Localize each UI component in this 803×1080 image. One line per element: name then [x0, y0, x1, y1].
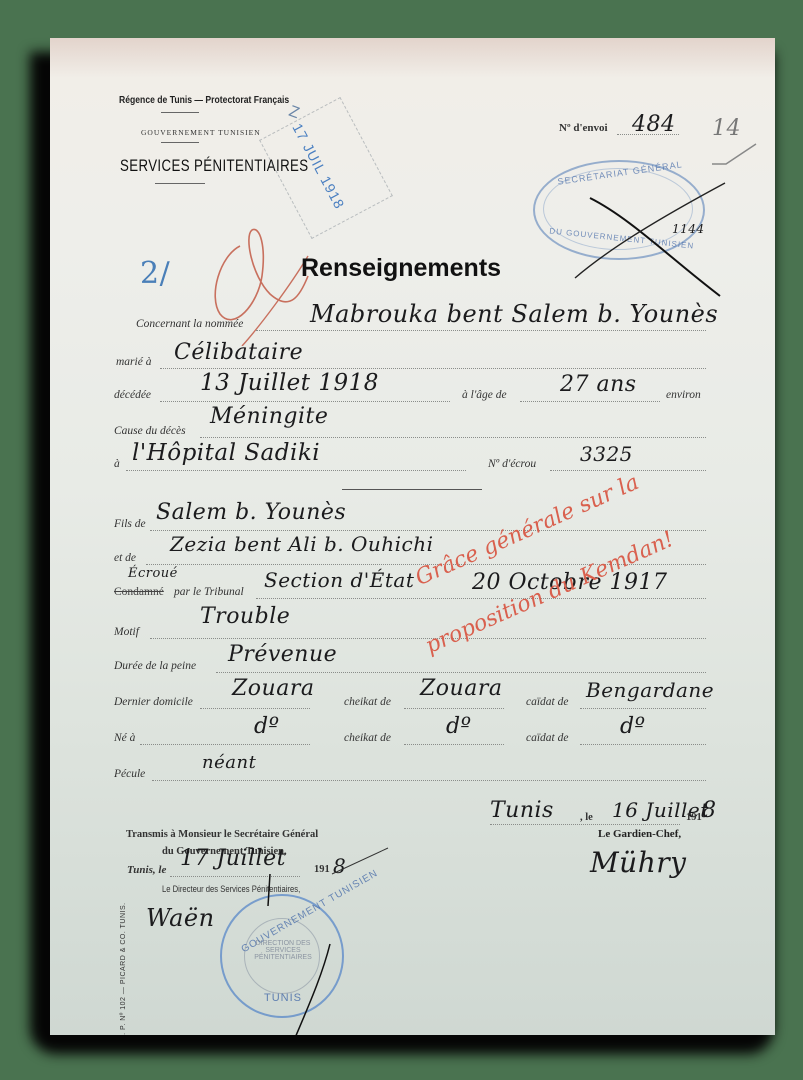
ne-value: dº [254, 714, 279, 739]
field-line [404, 744, 504, 745]
gardien-signature: Mühry [590, 846, 686, 879]
tunis-le-label: Tunis, le [127, 864, 166, 876]
domicile-label: Dernier domicile [114, 696, 193, 708]
field-line [216, 672, 706, 673]
fils-label: Fils de [114, 518, 146, 530]
domicile-value: Zouara [232, 676, 314, 701]
marie-value: Célibataire [174, 340, 303, 365]
field-line [256, 598, 706, 599]
domicile-cheikat-value: Zouara [420, 676, 502, 701]
decede-value: 13 Juillet 1918 [200, 370, 379, 396]
age-value: 27 ans [560, 372, 637, 397]
gardien-year-suffix: 8 [702, 798, 717, 823]
ne-cheikat-label: cheikat de [344, 732, 391, 744]
marie-label: marié à [116, 356, 151, 368]
ornament-rule [161, 142, 199, 143]
ecroue-correction: Écroué [128, 566, 178, 581]
cross-out-mark-icon [570, 178, 730, 298]
motif-value: Trouble [200, 604, 290, 629]
transmis-line1: Transmis à Monsieur le Secrétaire Généra… [126, 829, 318, 840]
date-stamp-text: 17 JUIL 1918 [289, 121, 348, 212]
field-line [520, 401, 660, 402]
tribunal-value: Section d'État [264, 568, 414, 592]
field-line [140, 744, 310, 745]
domicile-caidat-label: caïdat de [526, 696, 568, 708]
field-line [126, 470, 466, 471]
year-flourish-icon [330, 844, 390, 884]
cause-label: Cause du décès [114, 425, 186, 437]
motif-label: Motif [114, 626, 139, 638]
gardien-place: Tunis [490, 798, 554, 823]
condamne-struck-label: Condamné [114, 586, 164, 598]
field-line [160, 368, 706, 369]
et-de-label: et de [114, 552, 136, 564]
field-line [256, 330, 706, 331]
gardien-year-prefix: 191 [686, 812, 702, 823]
ecrou-value: 3325 [580, 442, 633, 466]
ne-caidat-label: caïdat de [526, 732, 568, 744]
director-signature: Waën [146, 904, 215, 932]
gardien-title: Le Gardien-Chef, [598, 828, 681, 840]
ornament-rule [155, 183, 205, 184]
document-title: Renseignements [301, 254, 501, 283]
field-line [490, 824, 680, 825]
fils-value: Salem b. Younès [156, 500, 346, 525]
field-line [150, 530, 706, 531]
tribunal-label: par le Tribunal [174, 586, 244, 598]
section-divider [342, 489, 482, 490]
government-header: GOUVERNEMENT TUNISIEN [141, 128, 261, 137]
ecrou-label: Nº d'écrou [488, 458, 536, 470]
field-line [152, 780, 706, 781]
margin-tick-icon [710, 138, 760, 168]
envoi-number: 484 [632, 112, 676, 137]
domicile-caidat-value: Bengardane [586, 678, 714, 702]
decede-label: décédée [114, 389, 151, 401]
concernant-value: Mabrouka bent Salem b. Younès [310, 300, 718, 328]
ne-caidat-value: dº [620, 714, 645, 739]
blue-margin-mark: 2/ [140, 256, 170, 291]
field-line [580, 744, 706, 745]
et-de-value: Zezia bent Ali b. Ouhichi [170, 532, 434, 556]
field-line [404, 708, 504, 709]
ne-label: Né à [114, 732, 135, 744]
field-line [200, 437, 706, 438]
field-line [200, 708, 310, 709]
ne-cheikat-value: dº [446, 714, 471, 739]
duree-label: Durée de la peine [114, 660, 196, 672]
regency-header: Régence de Tunis — Protectorat Français [119, 94, 289, 106]
domicile-cheikat-label: cheikat de [344, 696, 391, 708]
duree-value: Prévenue [228, 642, 337, 667]
age-suffix: environ [666, 389, 701, 401]
concernant-label: Concernant la nommée [136, 318, 243, 330]
cause-value: Méningite [210, 404, 328, 429]
pecule-label: Pécule [114, 768, 145, 780]
field-line [160, 401, 450, 402]
lieu-label: à [114, 458, 120, 470]
envoi-label: Nº d'envoi [559, 122, 608, 134]
gardien-le: , le [580, 812, 593, 823]
field-line [580, 708, 706, 709]
ornament-rule [161, 112, 199, 113]
pecule-value: néant [202, 752, 256, 773]
age-label: à l'âge de [462, 389, 507, 401]
printer-mark: S. P. Nº 102 — PICARD & CO. TUNIS. [120, 902, 127, 1035]
document-page: Régence de Tunis — Protectorat Français … [50, 38, 775, 1035]
lieu-value: l'Hôpital Sadiki [132, 440, 320, 466]
